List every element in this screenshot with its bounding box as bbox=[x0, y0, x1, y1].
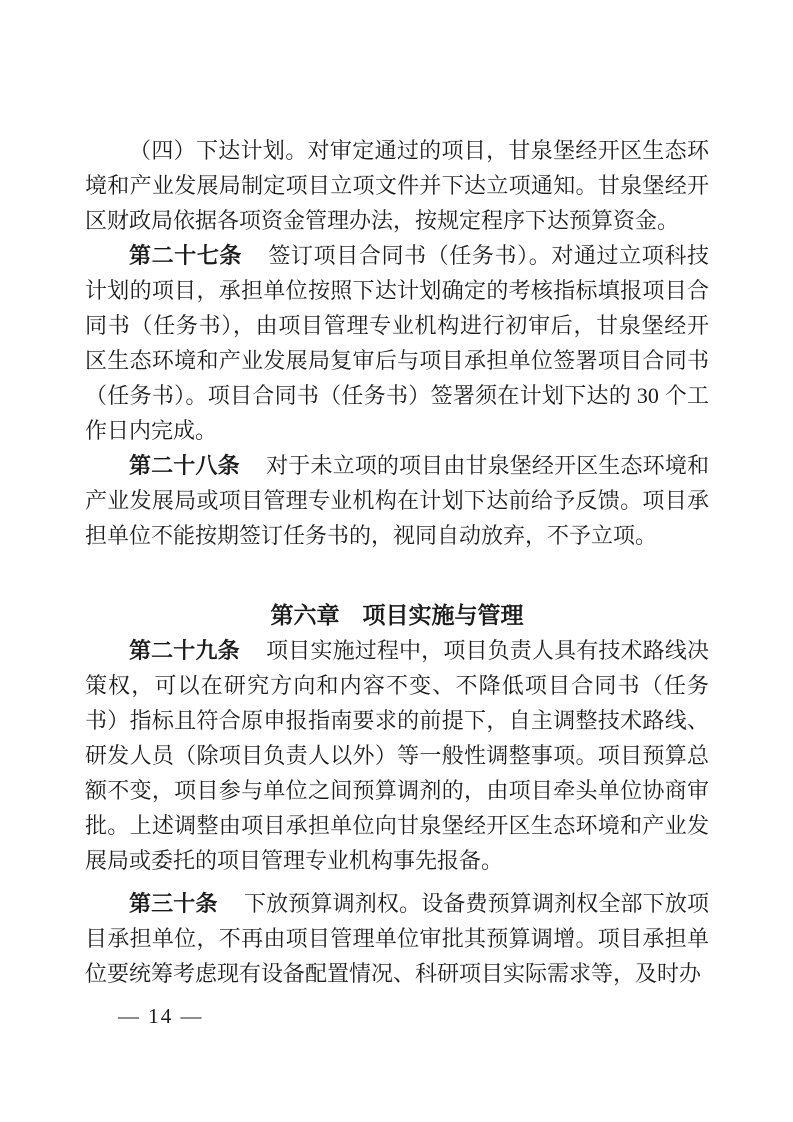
page-number: — 14 — bbox=[118, 1003, 204, 1029]
article-29-number: 第二十九条 bbox=[129, 638, 240, 663]
article-30-number: 第三十条 bbox=[129, 891, 218, 916]
article-29-text: 项目实施过程中，项目负责人具有技术路线决策权，可以在研究方向和内容不变、不降低项… bbox=[85, 638, 709, 873]
article-27-number: 第二十七条 bbox=[129, 243, 242, 268]
paragraph-article-28: 第二十八条对于未立项的项目由甘泉堡经开区生态环境和产业发展局或项目管理专业机构在… bbox=[85, 448, 709, 553]
document-page: （四）下达计划。对审定通过的项目，甘泉堡经开区生态环境和产业发展局制定项目立项文… bbox=[0, 0, 793, 1122]
chapter-6-heading: 第六章 项目实施与管理 bbox=[85, 598, 709, 633]
document-body: （四）下达计划。对审定通过的项目，甘泉堡经开区生态环境和产业发展局制定项目立项文… bbox=[85, 133, 709, 991]
article-28-number: 第二十八条 bbox=[129, 453, 240, 478]
article-27-text: 签订项目合同书（任务书）。对通过立项科技计划的项目，承担单位按照下达计划确定的考… bbox=[85, 243, 709, 443]
paragraph-article-30: 第三十条下放预算调剂权。设备费预算调剂权全部下放项目承担单位，不再由项目管理单位… bbox=[85, 886, 709, 991]
paragraph-article-29: 第二十九条项目实施过程中，项目负责人具有技术路线决策权，可以在研究方向和内容不变… bbox=[85, 633, 709, 878]
paragraph-article-27: 第二十七条签订项目合同书（任务书）。对通过立项科技计划的项目，承担单位按照下达计… bbox=[85, 238, 709, 448]
paragraph-plan-issuance: （四）下达计划。对审定通过的项目，甘泉堡经开区生态环境和产业发展局制定项目立项文… bbox=[85, 133, 709, 238]
paragraph-plan-issuance-text: （四）下达计划。对审定通过的项目，甘泉堡经开区生态环境和产业发展局制定项目立项文… bbox=[85, 138, 709, 233]
